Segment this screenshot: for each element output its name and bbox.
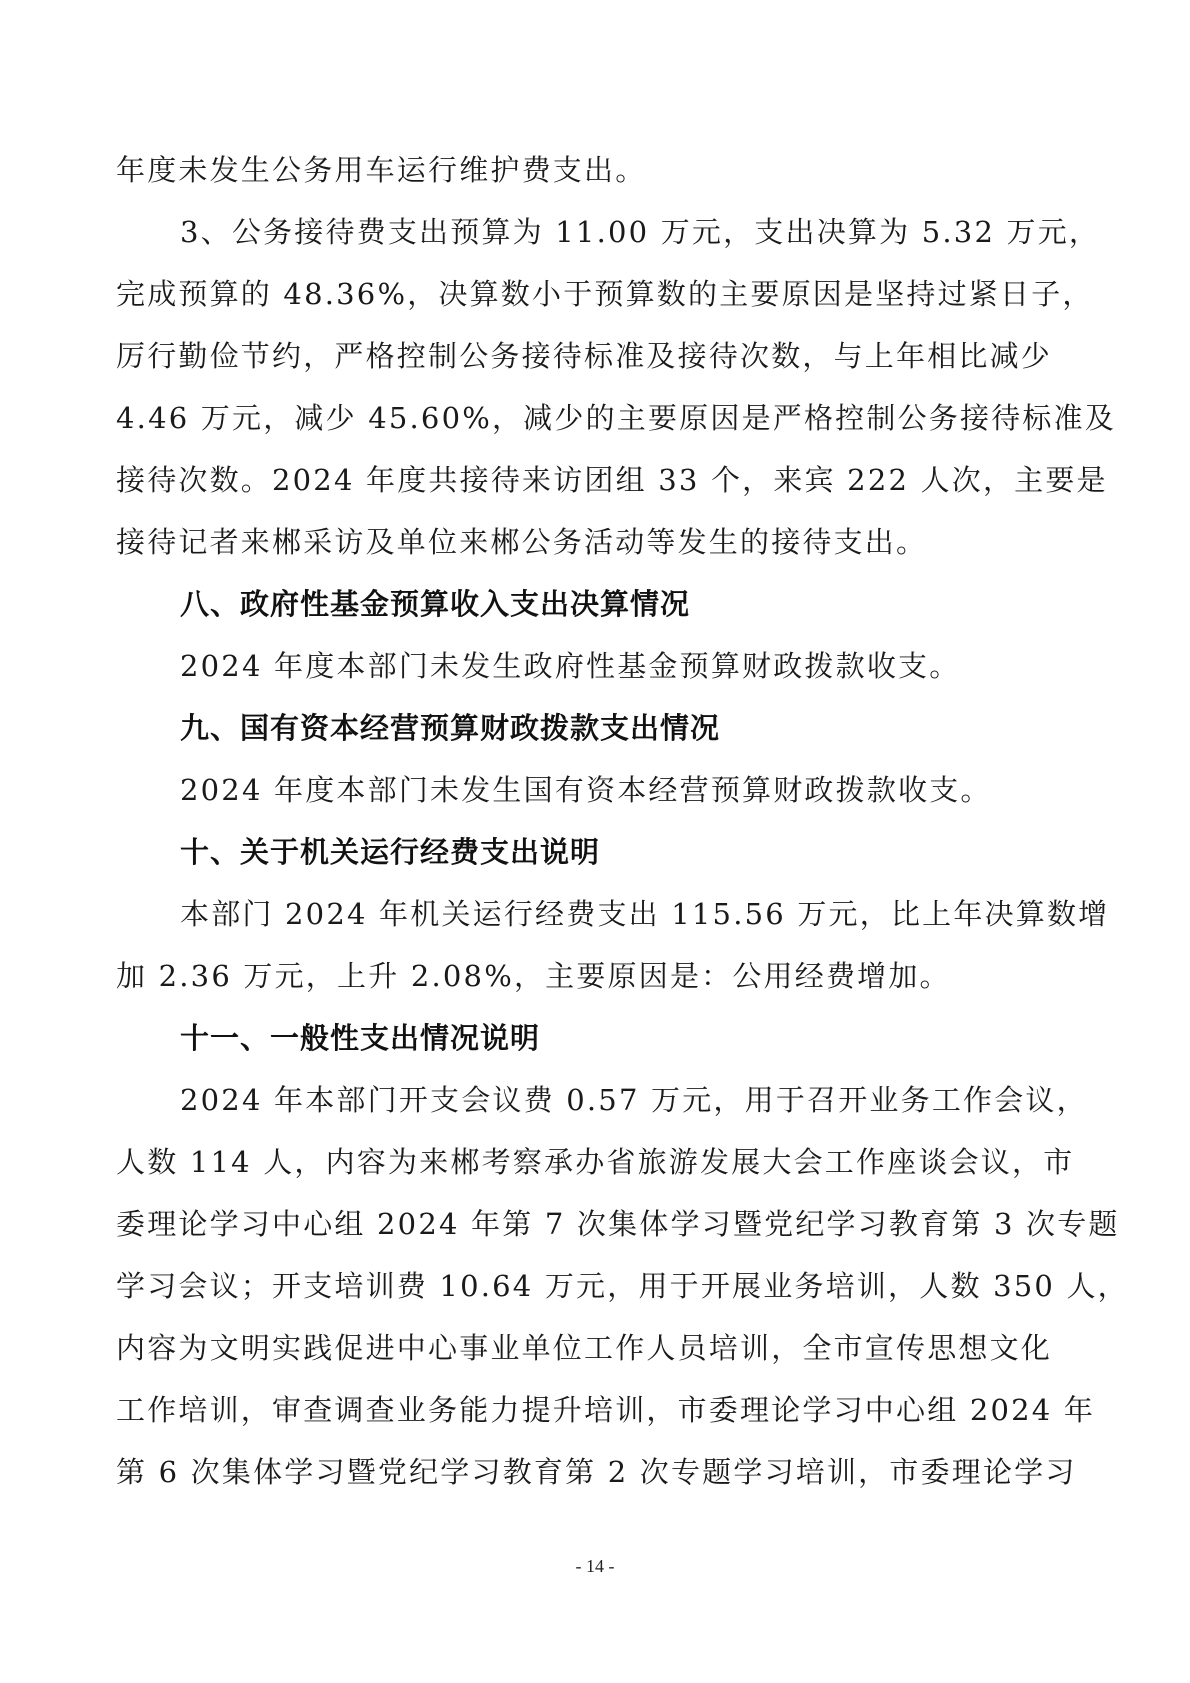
paragraph-line: 人数 114 人，内容为来郴考察承办省旅游发展大会工作座谈会议，市 bbox=[116, 1142, 1076, 1182]
paragraph-line: 加 2.36 万元，上升 2.08%，主要原因是：公用经费增加。 bbox=[116, 956, 1076, 996]
paragraph-reception-expense: 3、公务接待费支出预算为 11.00 万元，支出决算为 5.32 万元， bbox=[180, 212, 1076, 252]
paragraph-line: 4.46 万元，减少 45.60%，减少的主要原因是严格控制公务接待标准及 bbox=[116, 398, 1076, 438]
document-page: 年度未发生公务用车运行维护费支出。 3、公务接待费支出预算为 11.00 万元，… bbox=[0, 0, 1190, 1683]
paragraph-line: 第 6 次集体学习暨党纪学习教育第 2 次专题学习培训，市委理论学习 bbox=[116, 1452, 1076, 1492]
paragraph-line: 接待次数。2024 年度共接待来访团组 33 个，来宾 222 人次，主要是 bbox=[116, 460, 1076, 500]
line-carryover-vehicle: 年度未发生公务用车运行维护费支出。 bbox=[116, 150, 1076, 190]
paragraph-government-fund: 2024 年度本部门未发生政府性基金预算财政拨款收支。 bbox=[180, 646, 1076, 686]
page-number: - 14 - bbox=[0, 1556, 1190, 1577]
paragraph-line: 工作培训，审查调查业务能力提升培训，市委理论学习中心组 2024 年 bbox=[116, 1390, 1076, 1430]
paragraph-line: 完成预算的 48.36%，决算数小于预算数的主要原因是坚持过紧日子， bbox=[116, 274, 1076, 314]
paragraph-general-expense: 2024 年本部门开支会议费 0.57 万元，用于召开业务工作会议， bbox=[180, 1080, 1076, 1120]
section-heading-state-capital: 九、国有资本经营预算财政拨款支出情况 bbox=[180, 708, 720, 748]
section-heading-government-fund: 八、政府性基金预算收入支出决算情况 bbox=[180, 584, 690, 624]
paragraph-line: 学习会议；开支培训费 10.64 万元，用于开展业务培训，人数 350 人， bbox=[116, 1266, 1076, 1306]
paragraph-line: 厉行勤俭节约，严格控制公务接待标准及接待次数，与上年相比减少 bbox=[116, 336, 1076, 376]
paragraph-line: 接待记者来郴采访及单位来郴公务活动等发生的接待支出。 bbox=[116, 522, 1076, 562]
paragraph-line: 委理论学习中心组 2024 年第 7 次集体学习暨党纪学习教育第 3 次专题 bbox=[116, 1204, 1076, 1244]
paragraph-operating-expense: 本部门 2024 年机关运行经费支出 115.56 万元，比上年决算数增 bbox=[180, 894, 1076, 934]
section-heading-operating-expense: 十、关于机关运行经费支出说明 bbox=[180, 832, 600, 872]
paragraph-state-capital: 2024 年度本部门未发生国有资本经营预算财政拨款收支。 bbox=[180, 770, 1076, 810]
section-heading-general-expense: 十一、一般性支出情况说明 bbox=[180, 1018, 540, 1058]
paragraph-line: 内容为文明实践促进中心事业单位工作人员培训，全市宣传思想文化 bbox=[116, 1328, 1076, 1368]
